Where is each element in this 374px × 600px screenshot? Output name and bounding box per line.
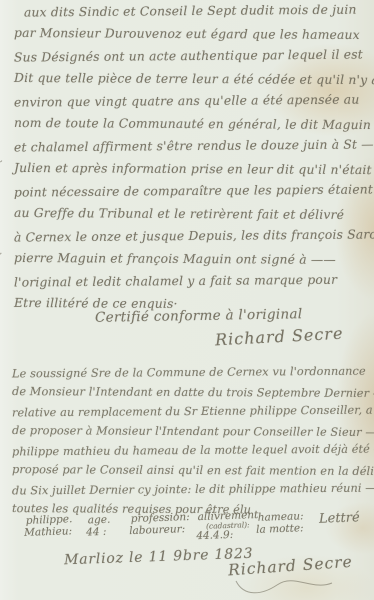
- table-col-profession: profession: laboureur:: [131, 512, 191, 537]
- manuscript-line: du Six juillet Dernier cy jointe: le dit…: [12, 482, 372, 504]
- col-value: Mathieu:: [24, 525, 73, 539]
- table-col-hameau: hameau: la motte:: [258, 511, 305, 536]
- col-value: 44 :: [86, 526, 111, 539]
- col-header: age.: [88, 515, 111, 527]
- manuscript-line: Sus Désignés ont un acte authentique par…: [14, 47, 370, 73]
- col-value: 44.4.9:: [196, 528, 259, 542]
- manuscript-line: Le soussigné Sre de la Commune de Cernex…: [12, 365, 372, 387]
- table-col-name: philippe. Mathieu:: [26, 514, 73, 539]
- table-col-age: age. 44 :: [88, 515, 111, 539]
- manuscript-line: par Monsieur Durouvenoz eut égard que le…: [14, 25, 370, 50]
- secretary-signature: Richard Secre: [215, 324, 344, 350]
- second-paragraph: Le soussigné Sre de la Commune de Cernex…: [12, 366, 372, 522]
- manuscript-line: et chalamel affirment s'être rendus le d…: [14, 137, 370, 163]
- manuscript-line: de proposer à Monsieur l'Intendant pour …: [12, 424, 372, 445]
- col-value: la motte:: [256, 522, 304, 536]
- candidate-info-table: philippe. Mathieu: age. 44 : profession:…: [26, 513, 356, 549]
- col-value: laboureur:: [129, 523, 190, 537]
- main-paragraph: aux dits Sindic et Conseil le Sept dudit…: [14, 4, 370, 319]
- manuscript-line: proposé par le Conseil ainsi qu'il en es…: [12, 463, 372, 484]
- certification-line: Certifié conforme à l'original: [95, 306, 303, 326]
- table-col-allivrement: allivrement (cadastral): 44.4.9:: [197, 510, 259, 542]
- manuscript-line: Dit que telle pièce de terre leur a été …: [14, 70, 370, 95]
- signature-flourish: [232, 575, 337, 597]
- ink-mark: ‚: [0, 152, 8, 165]
- manuscript-line: relative au remplacement du Sr Etienne p…: [12, 404, 372, 426]
- manuscript-line: au Greffe du Tribunal et le retirèrent f…: [14, 205, 370, 230]
- manuscript-line: de Monsieur l'Intendant en datte du troi…: [12, 385, 372, 406]
- manuscript-line: à Cernex le onze et jusque Depuis, les d…: [14, 227, 370, 253]
- dateline: Marlioz le 11 9bre 1823: [64, 546, 254, 569]
- manuscript-line: pierre Maguin et françois Maguin ont sig…: [14, 250, 370, 275]
- manuscript-line: Julien et après information prise en leu…: [14, 160, 370, 185]
- manuscript-line: aux dits Sindic et Conseil le Sept dudit…: [24, 2, 370, 28]
- manuscript-line: l'original et ledit chalamel y a fait sa…: [14, 272, 370, 298]
- manuscript-page: aux dits Sindic et Conseil le Sept dudit…: [0, 0, 374, 600]
- manuscript-line: philippe mathieu du hameau de la motte l…: [12, 443, 372, 465]
- manuscript-line: point nécessaire de comparaître que les …: [14, 182, 370, 208]
- col-header: Lettré: [319, 512, 360, 524]
- ink-mark: ‚: [0, 244, 6, 257]
- manuscript-line: environ que vingt quatre ans qu'elle a é…: [14, 92, 370, 118]
- manuscript-line: nom de toute la Communauté en général, l…: [14, 115, 370, 140]
- table-col-lettre: Lettré: [319, 512, 360, 524]
